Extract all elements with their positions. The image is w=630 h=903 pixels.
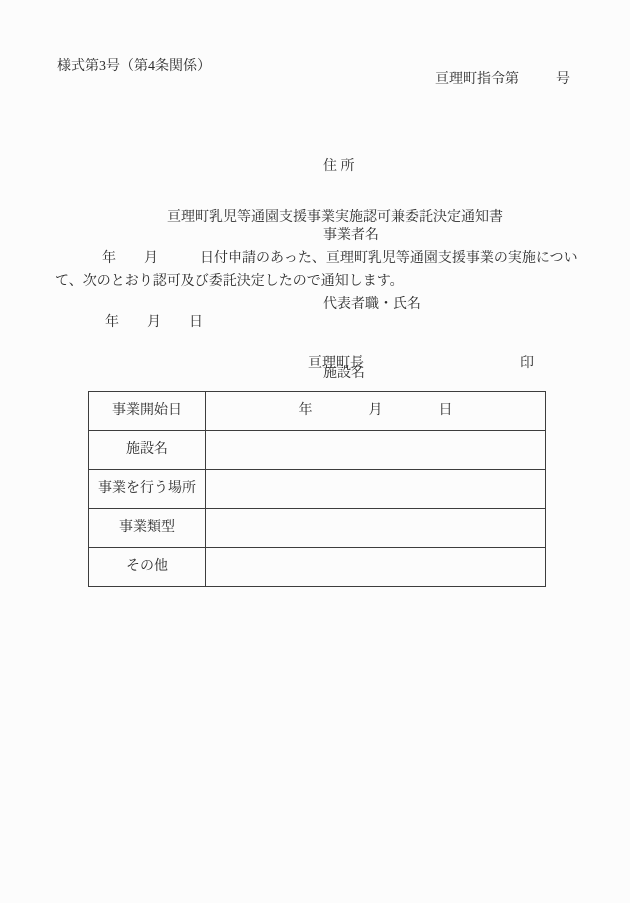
directive-number-label: 亘理町指令第 — [435, 71, 519, 89]
row-value-other — [206, 548, 546, 587]
body-text-line-2: て、次のとおり認可及び委託決定したので通知します。 — [55, 273, 404, 291]
table-row-facility-name: 施設名 — [89, 431, 546, 470]
addressee-business-name: 事業者名 — [323, 224, 421, 247]
form-number: 様式第3号（第4条関係） — [57, 58, 211, 76]
row-value-business-type — [206, 509, 546, 548]
year-label: 年 — [299, 402, 313, 420]
row-label-facility-name: 施設名 — [89, 431, 206, 470]
document-title: 亘理町乳児等通園支援事業実施認可兼委託決定通知書 — [167, 209, 503, 227]
row-label-start-date: 事業開始日 — [89, 392, 206, 431]
addressee-representative: 代表者職・氏名 — [323, 293, 421, 316]
month-label: 月 — [369, 402, 383, 420]
table-row-other: その他 — [89, 548, 546, 587]
table-row-business-location: 事業を行う場所 — [89, 470, 546, 509]
row-value-business-location — [206, 470, 546, 509]
issue-date-line: 年 月 日 — [105, 314, 203, 332]
row-label-business-type: 事業類型 — [89, 509, 206, 548]
row-value-facility-name — [206, 431, 546, 470]
row-label-other: その他 — [89, 548, 206, 587]
table-row-start-date: 事業開始日 年 月 日 — [89, 392, 546, 431]
decision-details-table: 事業開始日 年 月 日 施設名 事業を行う場所 事業類型 — [88, 391, 546, 587]
row-value-start-date: 年 月 日 — [206, 392, 546, 431]
table-row-business-type: 事業類型 — [89, 509, 546, 548]
row-label-business-location: 事業を行う場所 — [89, 470, 206, 509]
body-text-line-1: 年 月 日付申請のあった、亘理町乳児等通園支援事業の実施につい — [102, 250, 578, 268]
seal-mark: 印 — [520, 355, 534, 373]
document-page: 様式第3号（第4条関係） 亘理町指令第 号 住 所 事業者名 代表者職・氏名 施… — [0, 0, 630, 903]
day-label: 日 — [439, 402, 453, 420]
directive-number-unit: 号 — [556, 71, 570, 89]
signer-title: 亘理町長 — [308, 355, 364, 373]
addressee-block: 住 所 事業者名 代表者職・氏名 施設名 — [323, 109, 421, 431]
start-date-blanks: 年 月 日 — [214, 402, 537, 420]
addressee-address: 住 所 — [323, 155, 421, 178]
